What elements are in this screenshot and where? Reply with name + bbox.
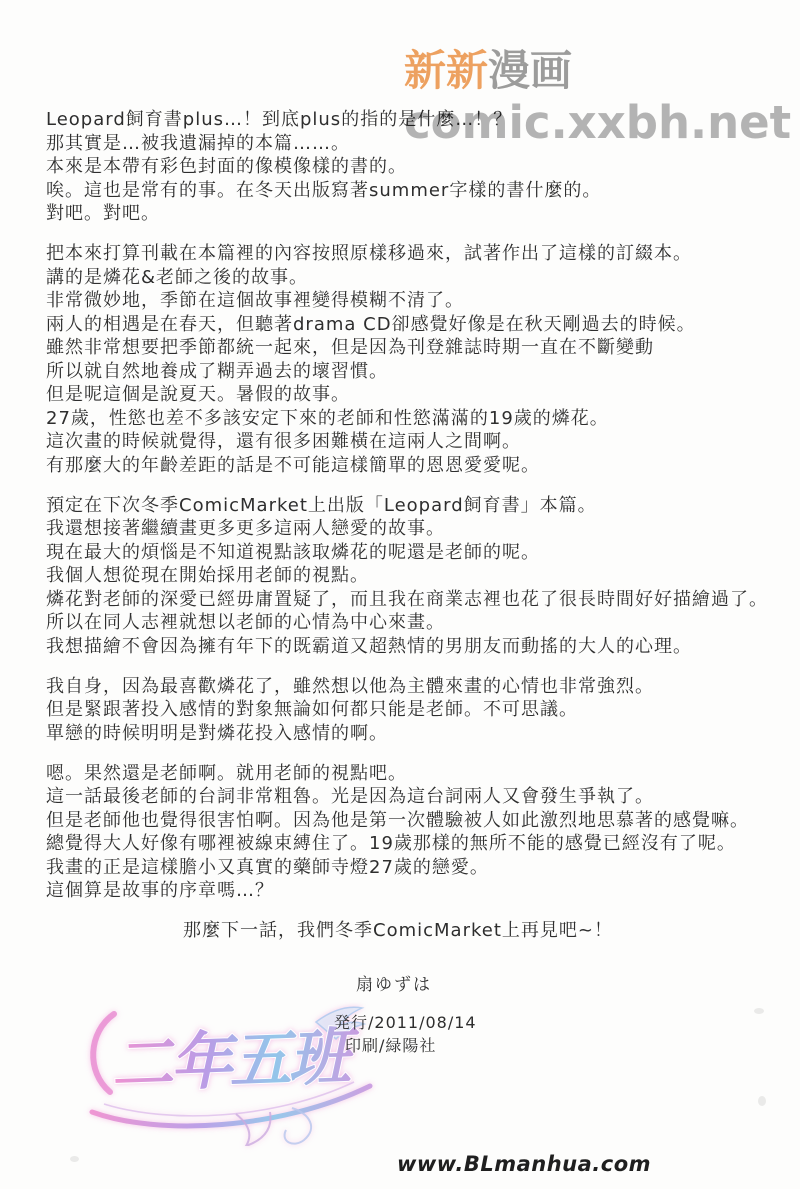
text-line: 我還想接著繼續畫更多更多這兩人戀愛的故事。 (46, 517, 788, 541)
text-line: 所以就自然地養成了糊弄過去的壞習慣。 (46, 360, 788, 384)
publish-date: 発行/2011/08/14 (334, 1010, 477, 1033)
text-line: 本來是本帶有彩色封面的像模像樣的書的。 (46, 155, 788, 179)
watermark-domain: comic.xxbh.net (404, 100, 791, 145)
afterword-text: Leopard飼育書plus…！到底plus的指的是什麼…！？那其實是…被我遺漏… (46, 108, 788, 943)
text-line: 兩人的相遇是在春天，但聽著drama CD卻感覺好像是在秋天剛過去的時候。 (46, 313, 788, 337)
text-line: 27歲，性慾也差不多該安定下來的老師和性慾滿滿的19歲的燐花。 (46, 407, 788, 431)
text-line: 這一話最後老師的台詞非常粗魯。光是因為這台詞兩人又會發生爭執了。 (46, 785, 788, 809)
afterword-lines: Leopard飼育書plus…！到底plus的指的是什麼…！？那其實是…被我遺漏… (46, 108, 788, 919)
author-name: 扇ゆずは (356, 970, 432, 995)
text-line: 講的是燐花&老師之後的故事。 (46, 266, 788, 290)
text-line: 我個人想從現在開始採用老師的視點。 (46, 564, 788, 588)
text-line: 現在最大的煩惱是不知道視點該取燐花的呢還是老師的呢。 (46, 541, 788, 565)
printer-name: 印刷/緑陽社 (345, 1033, 436, 1056)
text-line: 雖然非常想要把季節都統一起來，但是因為刊登雜誌時期一直在不斷變動 (46, 336, 788, 360)
text-line: 我自身，因為最喜歡燐花了，雖然想以他為主體來畫的心情也非常強烈。 (46, 675, 788, 699)
text-line (46, 226, 788, 243)
scan-smudge (754, 1008, 764, 1014)
text-line: 但是老師他也覺得很害怕啊。因為他是第一次體驗被人如此激烈地思慕著的感覺嘛。 (46, 809, 788, 833)
watermark-brand: 新新漫画 (404, 50, 572, 92)
text-line: 這個算是故事的序章嗎…？ (46, 879, 788, 903)
bottom-watermark: www.BLmanhua.com (397, 1152, 651, 1176)
text-line: 但是緊跟著投入感情的對象無論如何都只能是老師。不可思議。 (46, 698, 788, 722)
text-line (46, 658, 788, 675)
text-line: 嗯。果然還是老師啊。就用老師的視點吧。 (46, 762, 788, 786)
text-line (46, 477, 788, 494)
text-line: 總覺得大人好像有哪裡被線束縛住了。19歲那樣的無所不能的感覺已經沒有了呢。 (46, 832, 788, 856)
logo-text: 二年五班 (110, 1020, 361, 1102)
text-line (46, 745, 788, 762)
watermark-brand-secondary: 漫画 (488, 46, 572, 95)
text-line: 我想描繪不會因為擁有年下的既霸道又超熱情的男朋友而動搖的大人的心理。 (46, 635, 788, 659)
text-line: 唉。這也是常有的事。在冬天出版寫著summer字樣的書什麼的。 (46, 179, 788, 203)
text-line: 預定在下次冬季ComicMarket上出版「Leopard飼育書」本篇。 (46, 494, 788, 518)
scan-smudge (758, 1096, 766, 1106)
text-line: 單戀的時候明明是對燐花投入感情的啊。 (46, 722, 788, 746)
text-line: 把本來打算刊載在本篇裡的內容按照原樣移過來，試著作出了這樣的訂綴本。 (46, 242, 788, 266)
text-line: 這次畫的時候就覺得，還有很多困難橫在這兩人之間啊。 (46, 430, 788, 454)
text-line: 非常微妙地，季節在這個故事裡變得模糊不清了。 (46, 289, 788, 313)
text-line: 所以在同人志裡就想以老師的心情為中心來畫。 (46, 611, 788, 635)
text-line: 燐花對老師的深愛已經毋庸置疑了，而且我在商業志裡也花了很長時間好好描繪過了。 (46, 588, 788, 612)
text-line: 有那麼大的年齡差距的話是不可能這樣簡單的恩恩愛愛呢。 (46, 454, 788, 478)
scanned-afterword-page: 新新漫画 comic.xxbh.net Leopard飼育書plus…！到底pl… (0, 0, 800, 1189)
text-line: 對吧。對吧。 (46, 202, 788, 226)
watermark-brand-primary: 新新 (404, 46, 488, 95)
scan-smudge (70, 1156, 79, 1162)
closing-line: 那麼下一話，我們冬季ComicMarket上再見吧~！ (46, 919, 788, 943)
text-line (46, 903, 788, 920)
text-line: 但是呢這個是說夏天。暑假的故事。 (46, 383, 788, 407)
text-line: 我畫的正是這樣膽小又真實的藥師寺燈27歲的戀愛。 (46, 856, 788, 880)
